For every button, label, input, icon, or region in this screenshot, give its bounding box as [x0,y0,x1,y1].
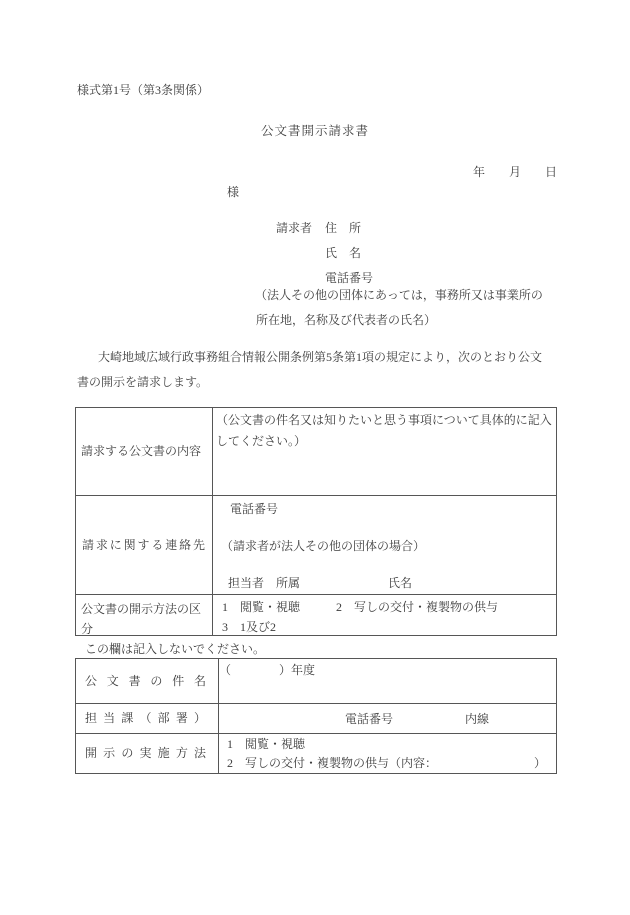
contact-name-label: 氏名 [388,576,412,591]
implementation-option2-text: 2 写しの交付・複製物の供与（内容： [227,756,437,771]
body-line1: 大崎地域広域行政事務組合情報公開条例第5条第1項の規定により，次のとおり公文 [98,350,542,365]
body-line2: 書の開示を請求します。 [77,375,208,390]
method-label: 公文書の開示方法の区分 [81,602,201,636]
request-content-note-line1: （公文書の件名又は知りたいと思う事項について具体的に記入 [216,413,552,428]
section-phone-label: 電話番号 [345,712,393,727]
contact-person-label: 担当者 所属 [228,576,300,591]
requester-phone-label: 電話番号 [325,271,373,286]
contact-phone-label: 電話番号 [230,502,278,517]
corporate-note-line1: （法人その他の団体にあっては，事務所又は事業所の [255,288,543,303]
requester-name-label: 氏 名 [325,246,361,261]
document-page: 様式第1号（第3条関係） 公文書開示請求書 年 月 日 様 請求者 住 所 氏 … [0,0,630,915]
method-label-cell: 公文書の開示方法の区分 [76,595,213,635]
section-label: 担当課（部署） [85,711,206,726]
subject-value-cell: （ ）年度 [219,659,556,704]
corporate-note-line2: 所在地，名称及び代表者の氏名） [256,313,436,328]
requester-address-label: 住 所 [325,221,361,236]
method-options-line1: 1 閲覧・視聴 2 写しの交付・複製物の供与 [222,600,498,615]
request-content-note-line2: してください。） [216,434,306,449]
form-number: 様式第1号（第3条関係） [77,83,209,98]
subject-label-cell: 公文書の件名 [76,659,219,704]
office-use-note: この欄は記入しないでください。 [85,642,265,657]
implementation-option2: 2 写しの交付・複製物の供与（内容： ） [227,756,546,771]
implementation-options-cell: 1 閲覧・視聴 2 写しの交付・複製物の供与（内容： ） [219,734,556,773]
implementation-option1: 1 閲覧・視聴 [227,737,305,752]
contact-label: 請求に関する連絡先 [82,538,205,553]
subject-label: 公文書の件名 [85,674,206,689]
requester-label: 請求者 [276,221,312,236]
date-line: 年 月 日 [473,165,557,180]
section-label-cell: 担当課（部署） [76,704,219,734]
section-extension-label: 内線 [465,712,489,727]
contact-input-cell: 電話番号 （請求者が法人その他の団体の場合） 担当者 所属 氏名 [213,496,556,595]
implementation-label-cell: 開示の実施方法 [76,734,219,773]
addressee-honorific: 様 [227,185,239,200]
implementation-label: 開示の実施方法 [85,746,206,761]
implementation-option2-close-paren: ） [534,756,546,771]
office-table: 公文書の件名 （ ）年度 担当課（部署） 電話番号 内線 開示の実施方法 1 閲… [75,658,557,774]
request-content-label: 請求する公文書の内容 [81,444,201,459]
method-options-cell: 1 閲覧・視聴 2 写しの交付・複製物の供与 3 1及び2 [213,595,556,635]
page-title: 公文書開示請求書 [0,124,630,140]
request-content-input-cell: （公文書の件名又は知りたいと思う事項について具体的に記入 してください。） [213,408,556,496]
request-content-label-cell: 請求する公文書の内容 [76,408,213,496]
contact-label-cell: 請求に関する連絡先 [76,496,213,595]
request-table: 請求する公文書の内容 （公文書の件名又は知りたいと思う事項について具体的に記入 … [75,407,557,636]
subject-fiscal-year: （ ）年度 [219,663,315,678]
contact-corporate-note: （請求者が法人その他の団体の場合） [221,539,425,554]
section-value-cell: 電話番号 内線 [219,704,556,734]
method-options-line2: 3 1及び2 [222,620,276,635]
